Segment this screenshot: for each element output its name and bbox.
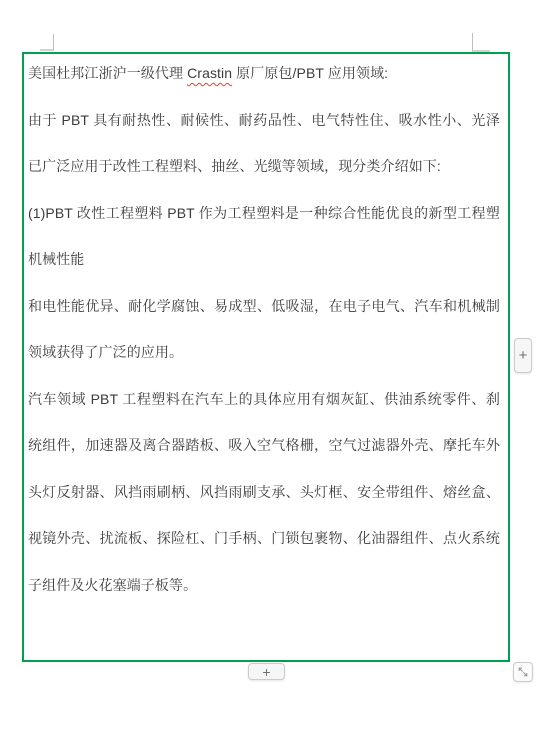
text-line[interactable]: 头灯反射器、风挡雨刷柄、风挡雨刷支承、头灯框、安全带组件、熔丝盒、后: [28, 469, 500, 516]
document-page: 美国杜邦江浙沪一级代理 Crastin 原厂原包/PBT 应用领域:由于 PBT…: [0, 0, 546, 731]
cell-text-block: 美国杜邦江浙沪一级代理 Crastin 原厂原包/PBT 应用领域:由于 PBT…: [28, 50, 500, 608]
text-line[interactable]: 领域获得了广泛的应用。: [28, 329, 500, 376]
text-line[interactable]: 由于 PBT 具有耐热性、耐候性、耐药品性、电气特性住、吸水性小、光泽良好，: [28, 97, 500, 144]
text-line[interactable]: 汽车领域 PBT 工程塑料在汽车上的具体应用有烟灰缸、供油系统零件、刹车系: [28, 376, 500, 423]
table-resize-handle[interactable]: [513, 662, 533, 682]
text-line[interactable]: 已广泛应用于改性工程塑料、抽丝、光缆等领域，现分类介绍如下:: [28, 143, 500, 190]
text-line[interactable]: 美国杜邦江浙沪一级代理 Crastin 原厂原包/PBT 应用领域:: [28, 50, 500, 97]
margin-crop-mark-top-left: [40, 34, 54, 51]
diagonal-resize-icon: [516, 665, 530, 679]
text-line[interactable]: 和电性能优异、耐化学腐蚀、易成型、低吸湿，在电子电气、汽车和机械制造: [28, 283, 500, 330]
selected-table-cell[interactable]: 美国杜邦江浙沪一级代理 Crastin 原厂原包/PBT 应用领域:由于 PBT…: [22, 52, 510, 662]
text-line[interactable]: 机械性能: [28, 236, 500, 283]
text-segment: 原厂原包/PBT 应用领域:: [232, 65, 388, 81]
text-line[interactable]: 视镜外壳、扰流板、探险杠、门手柄、门锁包裹物、化油器组件、点火系统电: [28, 515, 500, 562]
add-row-button[interactable]: +: [248, 663, 285, 680]
text-line[interactable]: 统组件，加速器及离合器踏板、吸入空气格栅，空气过滤器外壳、摩托车外板、: [28, 422, 500, 469]
text-segment: 美国杜邦江浙沪一级代理: [28, 65, 187, 81]
add-column-button[interactable]: +: [514, 338, 532, 373]
spell-error-text: Crastin: [187, 65, 232, 81]
text-line[interactable]: (1)PBT 改性工程塑料 PBT 作为工程塑料是一种综合性能优良的新型工程塑料…: [28, 190, 500, 237]
text-line[interactable]: 子组件及火花塞端子板等。: [28, 562, 500, 609]
